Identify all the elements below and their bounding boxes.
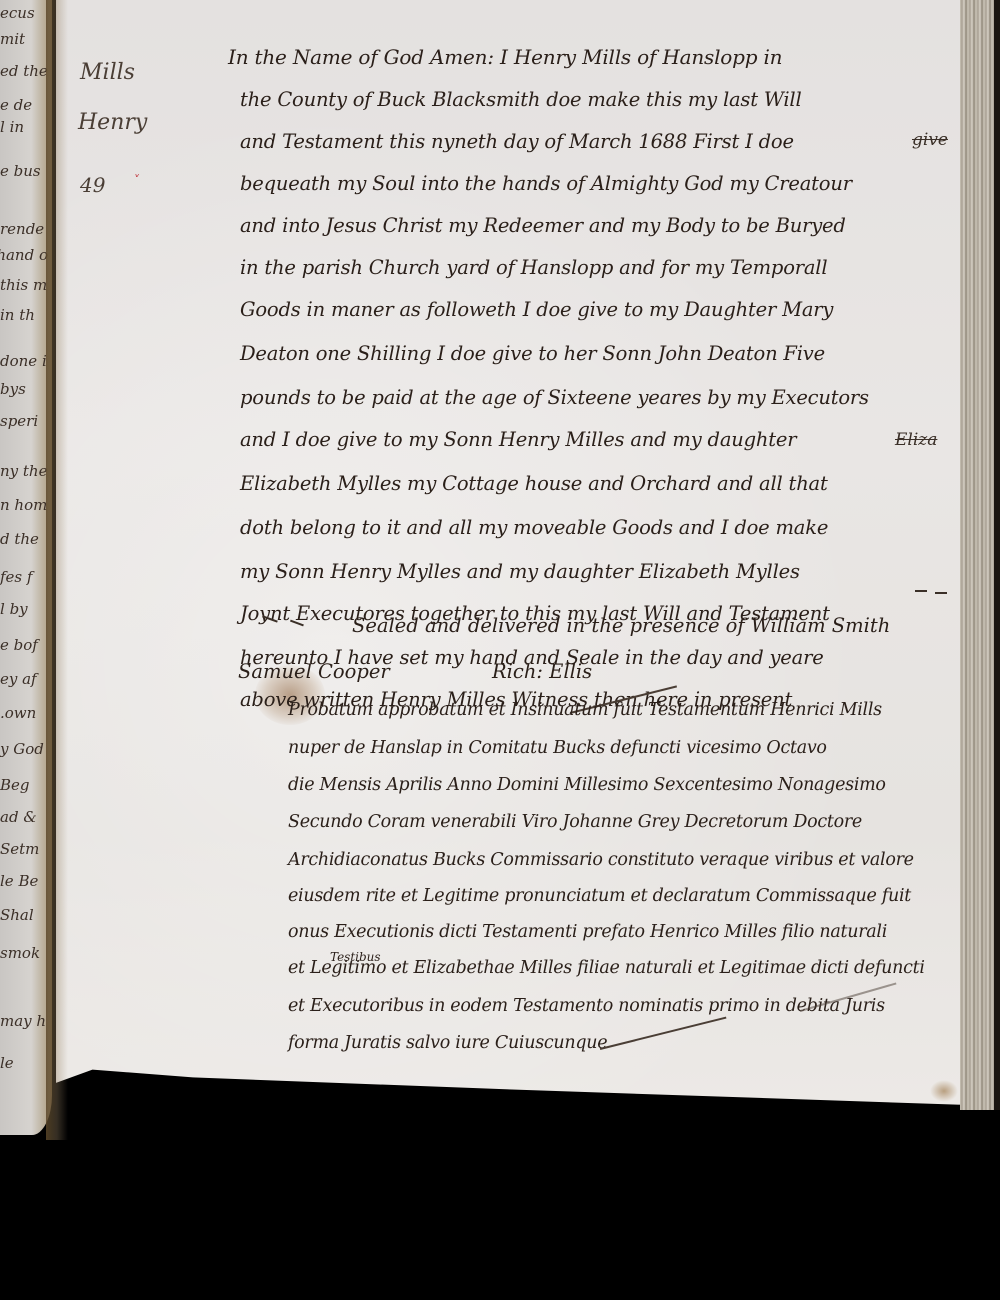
left-page-text: le	[0, 1054, 48, 1072]
left-page-text: rende	[0, 220, 48, 238]
left-page-text: fes f	[0, 568, 48, 586]
left-page-text: bys	[0, 380, 48, 398]
left-page-text: mit	[0, 30, 48, 48]
will-line: and I doe give to my Sonn Henry Milles a…	[240, 428, 796, 451]
left-page-text: ecus	[0, 4, 48, 22]
will-line: In the Name of God Amen: I Henry Mills o…	[228, 45, 782, 69]
will-line: and Testament this nyneth day of March 1…	[240, 130, 794, 153]
left-page-text: hand o	[0, 246, 48, 264]
manuscript-photograph: ecus mit ed the e de l in e bus rende ha…	[0, 0, 1000, 1300]
corner-stain	[930, 1080, 958, 1102]
previous-page-fragment: ecus mit ed the e de l in e bus rende ha…	[0, 0, 52, 1135]
margin-entry-number: 49	[80, 175, 105, 195]
left-page-text: smok	[0, 944, 48, 962]
left-page-text: l by	[0, 600, 48, 618]
left-page-text: e bus	[0, 162, 48, 180]
will-line: the County of Buck Blacksmith doe make t…	[240, 88, 802, 111]
left-page-text: in th	[0, 306, 48, 324]
left-page-text: y God	[0, 740, 48, 758]
left-page-text: done i	[0, 352, 48, 370]
book-gutter-shadow	[46, 0, 68, 1140]
dash-mark	[935, 592, 947, 594]
will-line: pounds to be paid at the age of Sixteene…	[240, 386, 869, 409]
will-line: in the parish Church yard of Hanslopp an…	[240, 256, 827, 279]
probate-line: forma Juratis salvo iure Cuiuscunque	[288, 1033, 607, 1053]
will-line: Goods in maner as followeth I doe give t…	[240, 298, 833, 321]
interlinear-insertion: Testibus	[330, 950, 381, 964]
probate-line: eiusdem rite et Legitime pronunciatum et…	[288, 886, 911, 906]
witness-name: Rich: Ellis	[492, 660, 592, 683]
margin-surname: Mills	[80, 62, 135, 84]
left-page-text: le Be	[0, 872, 48, 890]
left-page-text: d the	[0, 530, 48, 548]
will-line: my Sonn Henry Mylles and my daughter Eli…	[240, 560, 800, 583]
page-stack-edge	[960, 0, 1000, 1110]
struck-word: give	[912, 130, 948, 150]
dash-mark	[915, 590, 927, 592]
left-page-text: e de	[0, 96, 48, 114]
left-page-text: e bof	[0, 636, 48, 654]
probate-line: nuper de Hanslap in Comitatu Bucks defun…	[288, 738, 827, 758]
left-page-text: may h	[0, 1012, 48, 1030]
left-page-text: speri	[0, 412, 48, 430]
will-line: bequeath my Soul into the hands of Almig…	[240, 172, 852, 195]
left-page-text: this m	[0, 276, 48, 294]
margin-forename: Henry	[78, 112, 147, 134]
witness-name: Samuel Cooper	[238, 660, 390, 683]
left-page-text: & ad	[0, 808, 48, 826]
left-page-text: own.	[0, 704, 48, 722]
will-line: and into Jesus Christ my Redeemer and my…	[240, 214, 846, 237]
probate-line: et Legitimo et Elizabethae Milles filiae…	[288, 958, 925, 978]
sealed-and-delivered-line: Sealed and delivered in the presence of …	[352, 614, 890, 637]
probate-line: Probatum approbatum et Insinuatum fuit T…	[288, 700, 882, 720]
left-page-text: Setm	[0, 840, 48, 858]
left-page-text: ey af	[0, 670, 48, 688]
left-page-text: ny the	[0, 462, 48, 480]
probate-line: Archidiaconatus Bucks Commissario consti…	[288, 850, 914, 870]
left-page-text: l in	[0, 118, 48, 136]
probate-line: et Executoribus in eodem Testamento nomi…	[288, 996, 885, 1016]
will-line: Elizabeth Mylles my Cottage house and Or…	[240, 472, 828, 495]
probate-line: Secundo Coram venerabili Viro Johanne Gr…	[288, 812, 862, 832]
will-line: Deaton one Shilling I doe give to her So…	[240, 342, 825, 365]
probate-line: onus Executionis dicti Testamenti prefat…	[288, 922, 887, 942]
left-page-text: Shal	[0, 906, 48, 924]
left-page-text: Beg	[0, 776, 48, 794]
will-line: doth belong to it and all my moveable Go…	[240, 516, 828, 539]
left-page-text: ed the	[0, 62, 48, 80]
struck-word: Eliza	[895, 430, 937, 450]
red-check-mark-icon: ˅	[134, 174, 140, 186]
left-page-text: n hom	[0, 496, 48, 514]
probate-line: die Mensis Aprilis Anno Domini Millesimo…	[288, 775, 886, 795]
